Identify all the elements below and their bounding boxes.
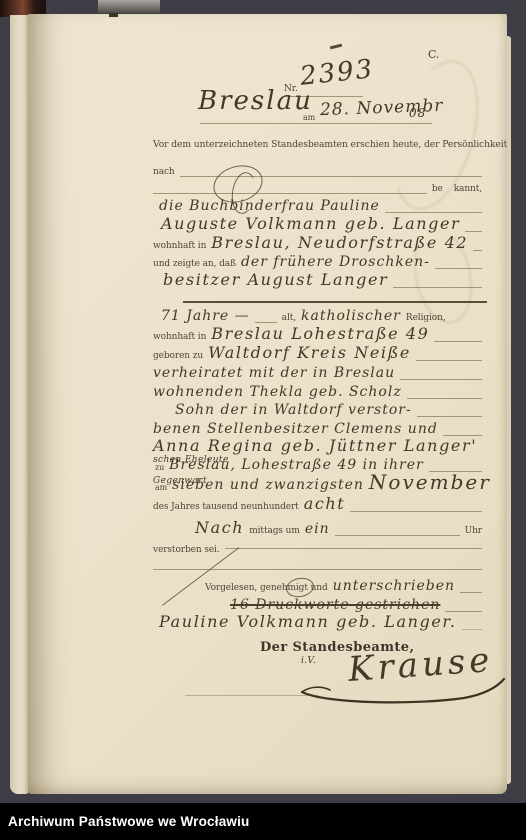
form-line-deceased-name: besitzer August Langer <box>153 269 482 288</box>
blank-rule <box>462 629 482 630</box>
unterschrieben-hand: unterschrieben <box>333 579 455 593</box>
form-line-birthplace: geboren zu Waltdorf Kreis Neiße <box>153 342 482 361</box>
form-series-letter: C. <box>428 48 439 61</box>
zeigte-label: und zeigte an, daß <box>153 259 236 269</box>
deceased-name: besitzer August Langer <box>163 272 388 288</box>
archive-watermark-bar: Archiwum Państwowe we Wrocławiu <box>0 803 526 840</box>
geboren-label: geboren zu <box>153 351 203 361</box>
form-line-declarant1: die Buchbinderfrau Pauline <box>153 194 482 213</box>
am-label: am <box>303 113 315 122</box>
archive-name: Archiwum Państwowe we Wrocławiu <box>8 814 250 829</box>
deceased-religion: katholischer <box>301 309 401 323</box>
struck-correction-note: 16 Druckworte gestrichen <box>230 598 440 612</box>
declarant-line2: Auguste Volkmann geb. Langer <box>161 216 460 232</box>
form-line-parents3: Anna Regina geb. Jüttner Langer' <box>153 435 482 454</box>
parents-line2: benen Stellenbesitzer Clemens und <box>153 422 438 436</box>
form-line-marriage1: verheiratet mit der in Breslau <box>153 361 482 380</box>
section-divider <box>183 301 487 303</box>
form-line-bekannt: be kannt, <box>153 175 482 194</box>
signature-underline-swash <box>296 676 510 706</box>
book-binding-tab <box>98 0 160 13</box>
parents-line1: Sohn der in Waltdorf verstor- <box>175 403 412 417</box>
death-day: sieben und zwanzigsten <box>172 478 364 492</box>
form-line-declarant-signature: Pauline Volkmann geb. Langer. <box>153 611 482 630</box>
form-line-parents2: benen Stellenbesitzer Clemens und <box>153 417 482 436</box>
form-line-death-year: des Jahres tausend neunhundert acht <box>153 493 482 512</box>
blank-rule <box>225 548 482 549</box>
alt-label: alt, <box>282 313 296 323</box>
form-line-anzeige: und zeigte an, daß der frühere Droschken… <box>153 250 482 269</box>
blank-rule <box>185 695 313 696</box>
iv-note: i.V. <box>301 657 316 666</box>
form-line-declarant2: Auguste Volkmann geb. Langer <box>153 213 482 232</box>
declarant-line1: die Buchbinderfrau Pauline <box>159 199 380 213</box>
marriage-line2: wohnenden Thekla geb. Scholz <box>153 385 402 399</box>
blank-rule <box>393 287 482 288</box>
form-line-death-date: am sieben und zwanzigsten November <box>153 473 482 492</box>
death-year: acht <box>304 496 346 512</box>
date-rule <box>200 123 432 124</box>
be-label: be <box>432 184 443 194</box>
page-edge-stack <box>10 15 29 794</box>
declarant-signature: Pauline Volkmann geb. Langer. <box>159 614 457 630</box>
declarant-residence: Breslau, Neudorfstraße 42 <box>211 235 468 251</box>
religion-label: Religion, <box>406 313 446 323</box>
back-page-edge <box>507 36 511 784</box>
form-line-marriage2: wohnenden Thekla geb. Scholz <box>153 380 482 399</box>
deceased-occupation: der frühere Droschken- <box>241 255 430 269</box>
form-line-correction: 16 Druckworte gestrichen <box>153 593 482 612</box>
parents-line3: Anna Regina geb. Jüttner Langer' <box>153 438 477 454</box>
marriage-line1: verheiratet mit der in Breslau <box>153 366 395 380</box>
ink-speck <box>109 13 118 17</box>
blank-rule <box>153 569 482 570</box>
kannt-label: kannt, <box>454 184 482 194</box>
blank-rule <box>350 511 482 512</box>
form-line-residence: wohnhaft in Breslau, Neudorfstraße 42 <box>153 232 482 251</box>
form-line-age-religion: 71 Jahre — alt, katholischer Religion, <box>153 304 482 323</box>
deceased-residence: Breslau Lohestraße 49 <box>211 326 429 342</box>
form-line-verstorben: verstorben sei. <box>153 530 482 549</box>
form-line-blank <box>153 551 482 570</box>
record-number-value: 2393 <box>299 56 375 90</box>
zu-label: zu <box>155 463 164 472</box>
death-month: November <box>369 472 491 492</box>
form-line-residence2: wohnhaft in Breslau Lohestraße 49 <box>153 323 482 342</box>
deceased-birthplace: Waltdorf Kreis Neiße <box>208 345 411 361</box>
am2-label: am <box>155 483 167 492</box>
deceased-age: 71 Jahre — <box>161 309 250 323</box>
wohnhaft2-label: wohnhaft in <box>153 332 206 342</box>
intro-line: Vor dem unterzeichneten Standesbeamten e… <box>153 139 507 150</box>
form-line-vorgelesen: Vorgelesen, genehmigt und unterschrieben <box>153 574 482 593</box>
record-year: 08 <box>409 107 426 119</box>
registry-city: Breslau <box>198 88 313 114</box>
jahr-label: des Jahres tausend neunhundert <box>153 502 299 512</box>
archive-scan-viewer: C. Nr. 2393 Breslau am 28. Novembr 08 Vo… <box>0 0 526 840</box>
form-line-parents1: Sohn der in Waltdorf verstor- <box>153 398 482 417</box>
